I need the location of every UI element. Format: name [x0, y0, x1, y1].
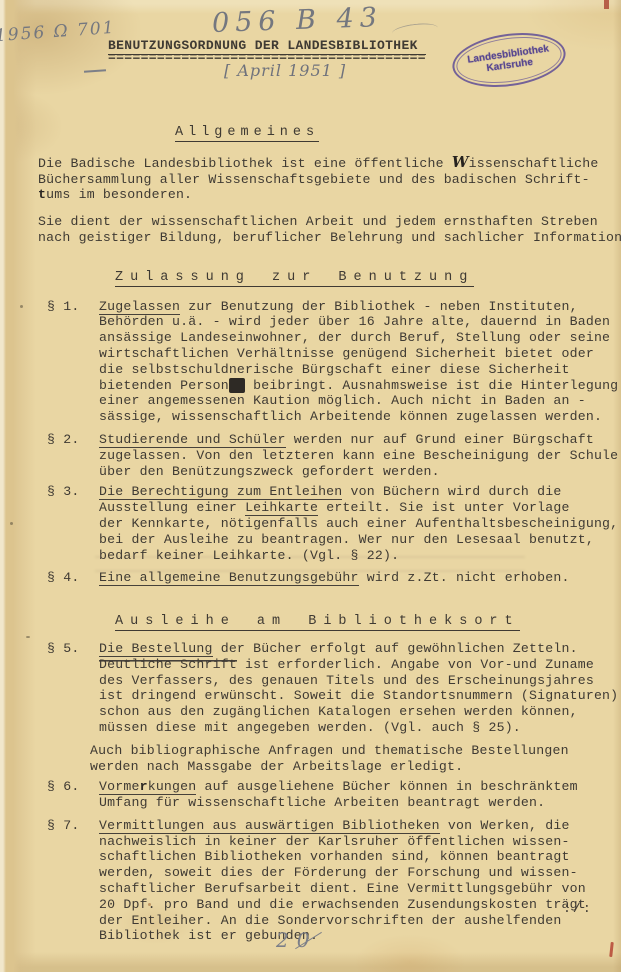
document-body: AllgemeinesDie Badische Landesbibliothek… — [38, 125, 621, 951]
text-segment: ist dringend erwünscht. Soweit die Stand… — [99, 688, 618, 703]
section-heading-text: Zulassung zur Benutzung — [115, 270, 474, 287]
text-segment: Eine allgemeine Benutzungsgebühr — [99, 570, 359, 586]
text-segment: Zugelassen — [99, 299, 180, 315]
text-segment: werden nur auf Grund einer Bürgschaft — [286, 432, 594, 447]
text-segment: wirtschaftlichen Verhältnisse genügend S… — [99, 346, 594, 361]
text-segment: Deutliche Schrift — [99, 657, 237, 672]
text-segment: Die Bestellung — [99, 641, 213, 657]
paragraph-2: § 2.Studierende und Schüler werden nur a… — [38, 432, 621, 479]
text-segment: von Büchern wird durch die — [342, 484, 561, 499]
text-segment: ums im besonderen. — [46, 187, 192, 202]
section-heading: Allgemeines — [38, 125, 621, 141]
text-segment: über den Benützungszweck gefordert werde… — [99, 464, 440, 479]
text-segment: der Kennkarte, nötigenfalls auch einer A… — [99, 516, 618, 531]
paragraph-text: Die Berechtigung zum Entleihen von Büche… — [99, 484, 618, 563]
pencil-dash — [84, 69, 106, 73]
text-segment: zugelassen. Von den letzteren kann eine … — [99, 448, 618, 463]
text-segment: des Verfassers, des genauen Titels und d… — [99, 673, 594, 688]
text-segment: Sie dient der wissenschaftlichen Arbeit … — [38, 214, 598, 229]
paper-left-edge — [0, 0, 36, 972]
red-edge-mark — [604, 0, 609, 9]
paragraph-number: § 6. — [38, 779, 99, 811]
paragraph-text: Auch bibliographische Anfragen und thema… — [90, 743, 569, 775]
section-heading-text: Ausleihe am Bibliotheksort — [115, 614, 520, 631]
stamp-line-1: Landesbibliothek — [467, 43, 550, 65]
text-segment: bedarf keiner Leihkarte. (Vgl. § 22). — [99, 548, 399, 563]
paragraph-7: § 7.Vermittlungen aus auswärtigen Biblio… — [38, 818, 621, 944]
text-segment: die selbstschuldnerische Bürgschaft eine… — [99, 362, 570, 377]
library-oval-stamp: Landesbibliothek Karlsruhe — [449, 26, 569, 93]
text-segment: Vermittlungen aus auswärtigen Bibliothek… — [99, 818, 440, 834]
text-segment: W — [452, 154, 469, 171]
text-segment: en — [229, 378, 245, 393]
text-segment: Die Berechtigung zum Entleihen — [99, 484, 342, 500]
page-continuation-mark: :/: — [563, 901, 593, 916]
text-segment: Vorme — [99, 779, 140, 795]
paragraph-number: § 5. — [38, 641, 99, 736]
paragraph-3: § 3.Die Berechtigung zum Entleihen von B… — [38, 484, 621, 563]
paragraph-number: § 2. — [38, 432, 99, 479]
text-segment: bei der Ausleihe zu beantragen. Wer nur … — [99, 532, 594, 547]
text-segment: einer angemessenen Kaution möglich. Auch… — [99, 393, 586, 408]
paragraph-number: § 4. — [38, 570, 99, 586]
text-segment: der Bücher erfolgt auf gewöhnlichen Zett… — [213, 641, 578, 656]
paragraph-text: Zugelassen zur Benutzung der Bibliothek … — [99, 299, 618, 425]
text-segment: 20 Dpf. pro Band und die erwachsenden Zu… — [99, 897, 586, 912]
paragraph: Die Badische Landesbibliothek ist eine ö… — [38, 155, 621, 203]
text-segment: kungen — [148, 779, 197, 795]
paper-speck — [26, 636, 30, 638]
paragraph: Sie dient der wissenschaftlichen Arbeit … — [38, 214, 621, 246]
handwritten-bottom-mark: 20 — [276, 928, 317, 952]
text-segment: Ausstellung einer — [99, 500, 245, 515]
scanned-document-page: 056 B 43 1956 Ω 701 Landesbibliothek Kar… — [0, 0, 621, 972]
paragraph-4: § 4.Eine allgemeine Benutzungsgebühr wir… — [38, 570, 621, 586]
text-segment: issenschaftliche — [469, 156, 599, 171]
stamp-line-2: Karlsruhe — [486, 57, 534, 74]
text-segment: von Werken, die — [440, 818, 570, 833]
bottom-mark-struck-digit: 0 — [297, 928, 318, 952]
text-segment: Studierende und Schüler — [99, 432, 286, 448]
text-segment: t — [38, 187, 46, 202]
text-segment: r — [140, 779, 148, 795]
handwritten-margin-number: 1956 Ω 701 — [0, 18, 116, 46]
text-segment: auf ausgeliehene Bücher können in beschr… — [196, 779, 577, 794]
text-segment: werden, soweit dies der Förderung der Fo… — [99, 865, 578, 880]
text-segment: werden nach Massgabe der Arbeitslage erl… — [90, 759, 463, 774]
text-segment: ist erforderlich. Angabe von Vor-und Zun… — [237, 657, 594, 672]
paragraph-number: § 1. — [38, 299, 99, 425]
title-block: BENUTZUNGSORDNUNG DER LANDESBIBLIOTHEK =… — [108, 38, 426, 62]
handwritten-shelfmark: 056 B 43 — [212, 2, 384, 39]
text-segment: schaftlicher Berufsarbeit dient. Eine Ve… — [99, 881, 586, 896]
paragraph-text: Die Badische Landesbibliothek ist eine ö… — [38, 155, 598, 203]
paragraph-text: Die Bestellung der Bücher erfolgt auf ge… — [99, 641, 618, 736]
text-segment: erteilt. Sie ist unter Vorlage — [318, 500, 570, 515]
text-segment: nachweislich in keiner der Karlsruher öf… — [99, 834, 570, 849]
text-segment: Büchersammlung aller Wissenschaftsgebiet… — [38, 172, 590, 187]
paragraph-number: § 3. — [38, 484, 99, 563]
text-segment: müssen diese mit angegeben werden. (Vgl.… — [99, 720, 521, 735]
paragraph-text: Sie dient der wissenschaftlichen Arbeit … — [38, 214, 621, 246]
text-segment: Umfang für wissenschaftliche Arbeiten be… — [99, 795, 545, 810]
text-segment: wird z.Zt. nicht erhoben. — [359, 570, 570, 585]
text-segment: Behörden u.ä. - wird jeder über 16 Jahre… — [99, 314, 610, 329]
text-segment: zur Benutzung der Bibliothek - neben Ins… — [180, 299, 578, 314]
paragraph-text: Vormerkungen auf ausgeliehene Bücher kön… — [99, 779, 578, 811]
text-segment: nach geistiger Bildung, beruflicher Bele… — [38, 230, 621, 245]
text-segment: beibringt. Ausnahmsweise ist die Hinterl… — [245, 378, 618, 393]
paragraph-text: Eine allgemeine Benutzungsgebühr wird z.… — [99, 570, 570, 586]
text-segment: schaftlichen Bibliotheken vorhanden sind… — [99, 849, 570, 864]
handwritten-date: [ April 1951 ] — [224, 61, 346, 80]
paper-speck — [148, 903, 151, 906]
paper-speck — [10, 522, 13, 525]
text-segment: ansässige Landeseinwohner, der durch Ber… — [99, 330, 610, 345]
bottom-mark-digit: 2 — [276, 928, 297, 952]
text-segment: Die Badische Landesbibliothek ist eine ö… — [38, 156, 452, 171]
paragraph-text: Studierende und Schüler werden nur auf G… — [99, 432, 618, 479]
text-segment: Auch bibliographische Anfragen und thema… — [90, 743, 569, 758]
paragraph-number: § 7. — [38, 818, 99, 944]
paragraph-5: § 5.Die Bestellung der Bücher erfolgt au… — [38, 641, 621, 736]
paper-speck — [20, 305, 23, 308]
section-heading: Zulassung zur Benutzung — [38, 270, 621, 286]
pencil-stroke — [391, 21, 438, 40]
text-segment: sässige, wissenschaftlich Arbeitende kön… — [99, 409, 602, 424]
paragraph-1: § 1.Zugelassen zur Benutzung der Bibliot… — [38, 299, 621, 425]
paragraph: Auch bibliographische Anfragen und thema… — [90, 743, 621, 775]
section-heading-text: Allgemeines — [175, 125, 319, 142]
text-segment: schon aus den zugänglichen Katalogen ers… — [99, 704, 578, 719]
paragraph-6: § 6.Vormerkungen auf ausgeliehene Bücher… — [38, 779, 621, 811]
text-segment: Leihkarte — [245, 500, 318, 516]
text-segment: der Entleiher. An die Sondervorschriften… — [99, 913, 562, 928]
paragraph-text: Vermittlungen aus auswärtigen Bibliothek… — [99, 818, 586, 944]
text-segment: bietenden Person — [99, 378, 229, 393]
section-heading: Ausleihe am Bibliotheksort — [38, 614, 621, 630]
